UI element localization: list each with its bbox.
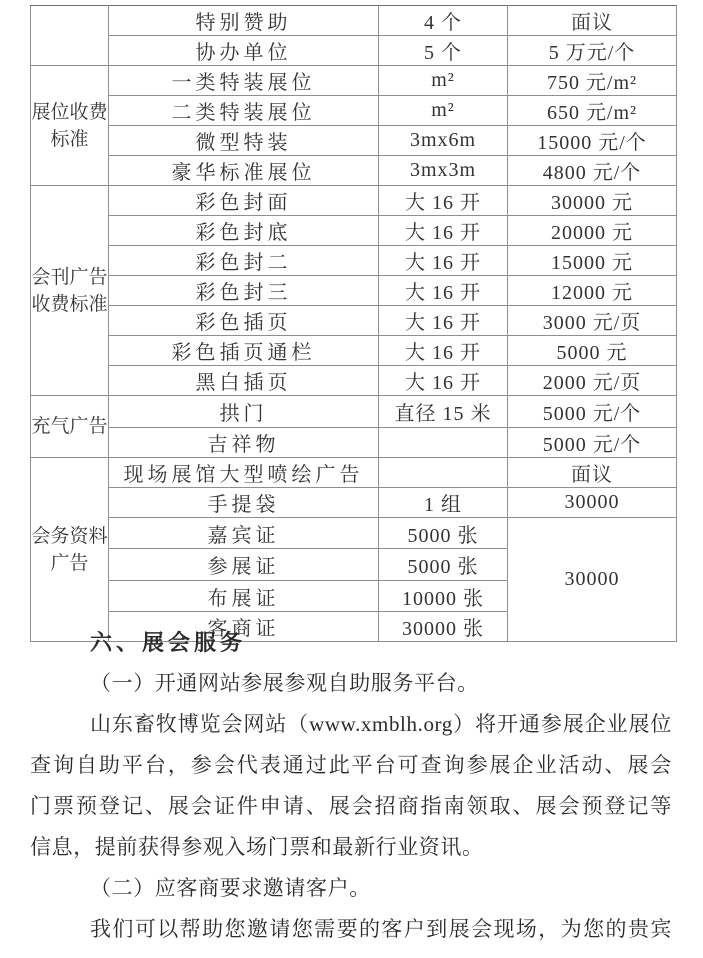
paragraph-line: 信息，提前获得参观入场门票和最新行业资讯。	[30, 827, 672, 868]
spec-cell: 4 个	[379, 6, 508, 36]
item-cell: 彩色封底	[109, 216, 379, 246]
spec-cell: 3mx3m	[379, 156, 508, 186]
price-cell: 5000 元	[508, 336, 677, 366]
price-cell: 5 万元/个	[508, 36, 677, 66]
price-cell: 30000 元	[508, 186, 677, 216]
item-cell: 嘉宾证	[109, 518, 379, 549]
price-cell: 4800 元/个	[508, 156, 677, 186]
spec-cell: 5000 张	[379, 549, 508, 581]
paragraph-line: 查询自助平台，参会代表通过此平台可查询参展企业活动、展会	[30, 745, 672, 786]
price-cell: 12000 元	[508, 276, 677, 306]
spec-cell: 大 16 开	[379, 246, 508, 276]
price-cell: 15000 元/个	[508, 126, 677, 156]
item-cell: 拱门	[109, 396, 379, 428]
spec-cell: 10000 张	[379, 581, 508, 612]
section-exhibition-services: 六、展会服务 （一）开通网站参展参观自助服务平台。 山东畜牧博览会网站（www.…	[30, 622, 672, 950]
spec-cell: 5000 张	[379, 518, 508, 549]
spec-cell: m²	[379, 96, 508, 126]
spec-cell: 大 16 开	[379, 306, 508, 336]
item-cell: 微型特装	[109, 126, 379, 156]
item-cell: 黑白插页	[109, 366, 379, 396]
price-cell: 650 元/m²	[508, 96, 677, 126]
price-cell: 面议	[508, 458, 677, 488]
spec-cell: m²	[379, 66, 508, 96]
item-cell: 一类特装展位	[109, 66, 379, 96]
paragraph-line: 山东畜牧博览会网站（www.xmblh.org）将开通参展企业展位	[30, 704, 672, 745]
category-cell: 充气广告	[31, 396, 109, 458]
section-heading: 六、展会服务	[30, 622, 672, 663]
category-cell	[31, 6, 109, 66]
price-cell: 750 元/m²	[508, 66, 677, 96]
table-row: 会刊广告 收费标准 彩色封面 大 16 开 30000 元	[31, 186, 677, 216]
spec-cell: 大 16 开	[379, 366, 508, 396]
item-cell: 彩色插页	[109, 306, 379, 336]
item-cell: 吉祥物	[109, 428, 379, 458]
table-row: 二类特装展位 m² 650 元/m²	[31, 96, 677, 126]
category-cell: 会刊广告 收费标准	[31, 186, 109, 396]
price-cell: 2000 元/页	[508, 366, 677, 396]
price-cell: 3000 元/页	[508, 306, 677, 336]
spec-cell	[379, 428, 508, 458]
table-row: 充气广告 拱门 直径 15 米 5000 元/个	[31, 396, 677, 428]
price-cell: 5000 元/个	[508, 428, 677, 458]
fee-table-container: 特别赞助 4 个 面议 协办单位 5 个 5 万元/个 展位收费 标准 一类特装…	[30, 5, 677, 642]
item-cell: 手提袋	[109, 488, 379, 518]
paragraph-line: （一）开通网站参展参观自助服务平台。	[30, 663, 672, 704]
table-row: 协办单位 5 个 5 万元/个	[31, 36, 677, 66]
table-row: 会务资料 广告 现场展馆大型喷绘广告 面议	[31, 458, 677, 488]
table-row: 手提袋 1 组 30000	[31, 488, 677, 518]
item-cell: 协办单位	[109, 36, 379, 66]
item-cell: 现场展馆大型喷绘广告	[109, 458, 379, 488]
table-row: 特别赞助 4 个 面议	[31, 6, 677, 36]
price-cell: 15000 元	[508, 246, 677, 276]
spec-cell: 大 16 开	[379, 186, 508, 216]
table-row: 彩色封三 大 16 开 12000 元	[31, 276, 677, 306]
spec-cell: 1 组	[379, 488, 508, 518]
category-cell: 会务资料 广告	[31, 458, 109, 642]
spec-cell: 5 个	[379, 36, 508, 66]
spec-cell	[379, 458, 508, 488]
price-cell: 面议	[508, 6, 677, 36]
paragraph-line: （二）应客商要求邀请客户。	[30, 868, 672, 909]
table-row: 嘉宾证 5000 张 30000	[31, 518, 677, 549]
price-cell: 5000 元/个	[508, 396, 677, 428]
paragraph-line: 门票预登记、展会证件申请、展会招商指南领取、展会预登记等	[30, 786, 672, 827]
item-cell: 参展证	[109, 549, 379, 581]
spec-cell: 大 16 开	[379, 336, 508, 366]
paragraph-line: 我们可以帮助您邀请您需要的客户到展会现场，为您的贵宾	[30, 909, 672, 950]
table-row: 展位收费 标准 一类特装展位 m² 750 元/m²	[31, 66, 677, 96]
item-cell: 彩色封面	[109, 186, 379, 216]
table-row: 黑白插页 大 16 开 2000 元/页	[31, 366, 677, 396]
item-cell: 彩色封二	[109, 246, 379, 276]
fee-table: 特别赞助 4 个 面议 协办单位 5 个 5 万元/个 展位收费 标准 一类特装…	[30, 5, 677, 642]
spec-cell: 大 16 开	[379, 276, 508, 306]
spec-cell: 大 16 开	[379, 216, 508, 246]
item-cell: 二类特装展位	[109, 96, 379, 126]
table-row: 微型特装 3mx6m 15000 元/个	[31, 126, 677, 156]
table-row: 彩色插页通栏 大 16 开 5000 元	[31, 336, 677, 366]
spec-cell: 直径 15 米	[379, 396, 508, 428]
table-row: 彩色插页 大 16 开 3000 元/页	[31, 306, 677, 336]
table-row: 彩色封二 大 16 开 15000 元	[31, 246, 677, 276]
item-cell: 豪华标准展位	[109, 156, 379, 186]
table-row: 吉祥物 5000 元/个	[31, 428, 677, 458]
spec-cell: 3mx6m	[379, 126, 508, 156]
price-cell: 30000	[508, 488, 677, 518]
item-cell: 布展证	[109, 581, 379, 612]
item-cell: 彩色封三	[109, 276, 379, 306]
table-row: 彩色封底 大 16 开 20000 元	[31, 216, 677, 246]
item-cell: 特别赞助	[109, 6, 379, 36]
item-cell: 彩色插页通栏	[109, 336, 379, 366]
category-cell: 展位收费 标准	[31, 66, 109, 186]
price-cell: 20000 元	[508, 216, 677, 246]
table-row: 豪华标准展位 3mx3m 4800 元/个	[31, 156, 677, 186]
